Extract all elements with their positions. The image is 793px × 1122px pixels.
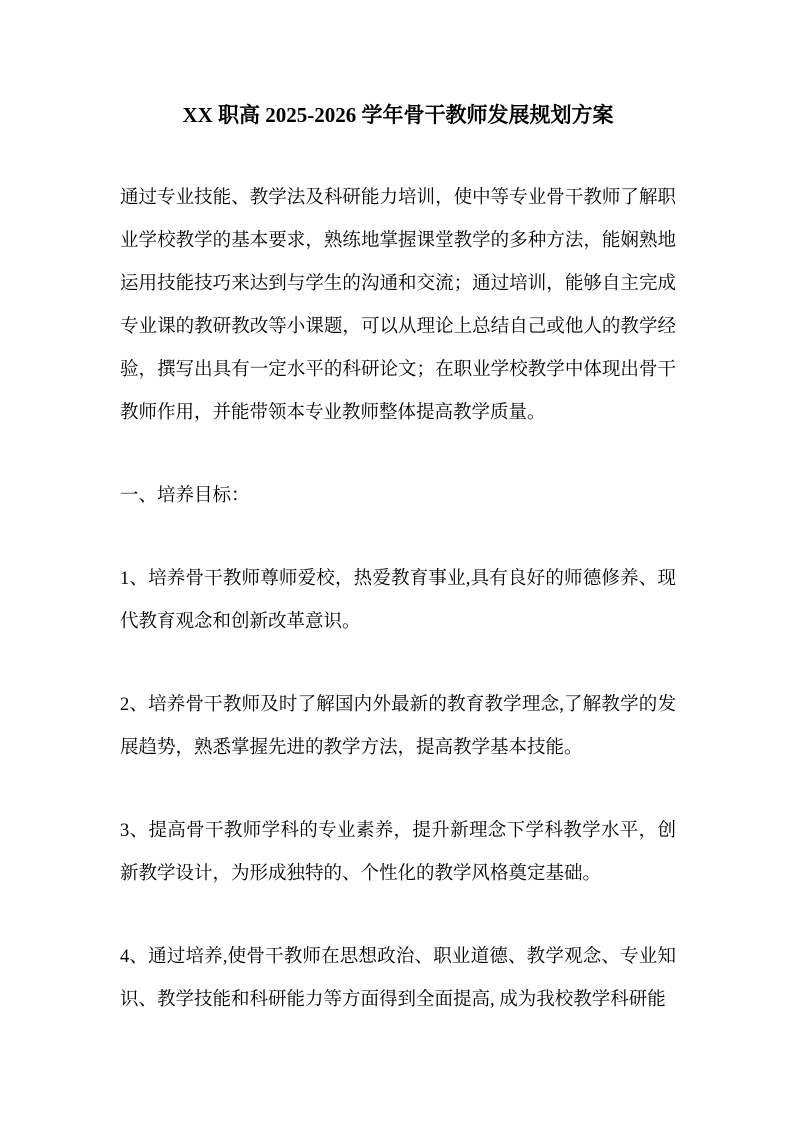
document-page: XX 职高 2025-2026 学年骨干教师发展规划方案 通过专业技能、教学法及… <box>0 0 793 1122</box>
intro-paragraph: 通过专业技能、教学法及科研能力培训，使中等专业骨干教师了解职业学校教学的基本要求… <box>120 177 676 435</box>
goal-item-4: 4、通过培养,使骨干教师在思想政治、职业道德、教学观念、专业知识、教学技能和科研… <box>120 936 676 1022</box>
section-heading-training-goals: 一、培养目标： <box>120 475 676 518</box>
goal-item-2: 2、培养骨干教师及时了解国内外最新的教育教学理念,了解教学的发展趋势，熟悉掌握先… <box>120 684 676 770</box>
goal-item-3: 3、提高骨干教师学科的专业素养，提升新理念下学科教学水平，创新教学设计，为形成独… <box>120 810 676 896</box>
document-title: XX 职高 2025-2026 学年骨干教师发展规划方案 <box>120 94 676 137</box>
goal-item-1: 1、培养骨干教师尊师爱校，热爱教育事业,具有良好的师德修养、现代教育观念和创新改… <box>120 558 676 644</box>
